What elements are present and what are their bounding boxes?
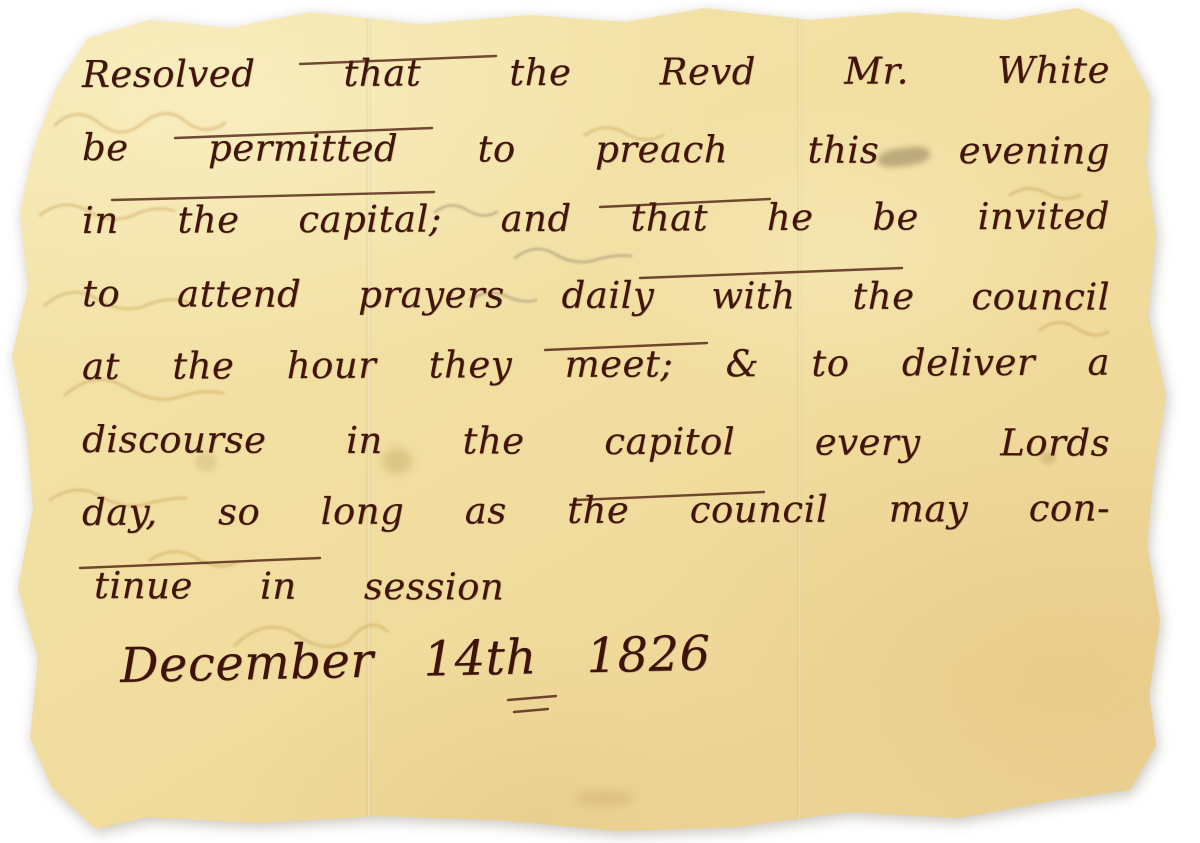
photograph-background: Resolved that the Revd Mr. White be perm…: [0, 0, 1200, 843]
paper-shadow-wrap: Resolved that the Revd Mr. White be perm…: [0, 0, 1200, 843]
manuscript-line-7: day, so long as the council may con-: [82, 472, 1110, 549]
manuscript-line-4: to attend prayers daily with the council: [82, 257, 1110, 334]
manuscript-line-3: in the capital; and that he be invited: [82, 180, 1110, 257]
paper-stain: [575, 790, 635, 806]
manuscript-line-2: be permitted to preach this evening: [82, 111, 1110, 188]
manuscript-line-6: discourse in the capitol every Lords: [82, 403, 1110, 480]
manuscript-text: Resolved that the Revd Mr. White be perm…: [82, 38, 1110, 708]
manuscript-line-1: Resolved that the Revd Mr. White: [82, 34, 1110, 111]
manuscript-paper: Resolved that the Revd Mr. White be perm…: [0, 0, 1200, 843]
manuscript-line-5: at the hour they meet; & to deliver a: [82, 326, 1110, 403]
